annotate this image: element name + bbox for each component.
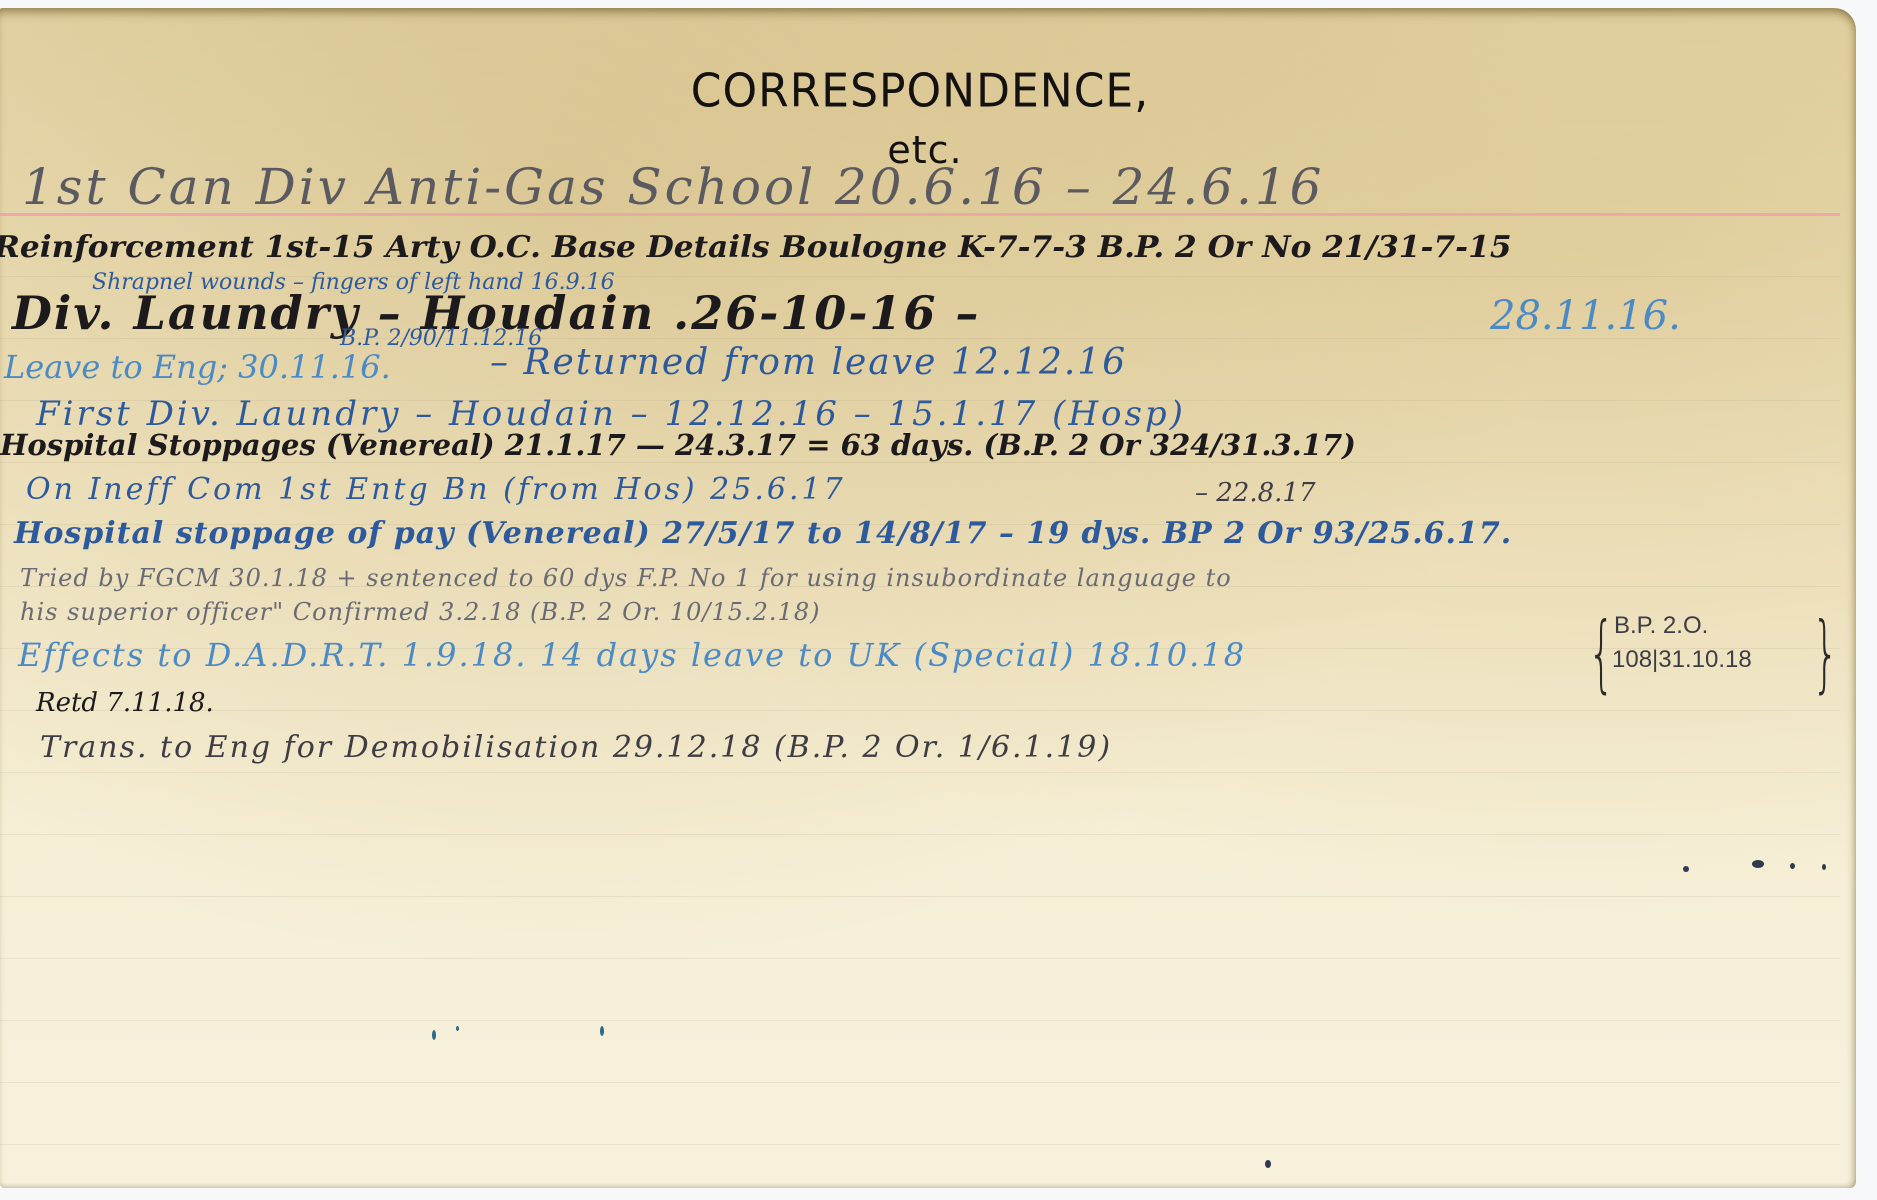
ruled-line	[0, 1144, 1840, 1145]
entry-ineff-com: On Ineff Com 1st Entg Bn (from Hos) 25.6…	[26, 472, 846, 507]
entry-ineff-com-end-date: – 22.8.17	[1195, 478, 1316, 508]
entry-retd: Retd 7.11.18.	[36, 688, 214, 718]
ink-speck	[600, 1026, 604, 1036]
ruled-line	[0, 462, 1840, 463]
ruled-line	[0, 1020, 1840, 1021]
ink-speck	[1683, 866, 1689, 872]
ink-speck	[456, 1026, 459, 1031]
entry-trans-demobilisation: Trans. to Eng for Demobilisation 29.12.1…	[40, 730, 1112, 765]
entry-reinforcement: Reinforcement 1st-15 Arty O.C. Base Deta…	[0, 230, 1512, 265]
brace-left: {	[1588, 604, 1615, 702]
card-heading: CORRESPONDENCE,	[0, 65, 1840, 119]
entry-hospital-stoppage-pay: Hospital stoppage of pay (Venereal) 27/5…	[14, 516, 1512, 551]
ruled-line	[0, 710, 1840, 711]
ink-speck	[432, 1030, 436, 1040]
brace-right: }	[1812, 604, 1839, 702]
ink-speck	[1752, 860, 1764, 868]
bp-bracket-line2: 108|31.10.18	[1612, 646, 1752, 674]
ruled-line	[0, 834, 1840, 835]
ink-speck	[1790, 863, 1795, 869]
ruled-line	[0, 896, 1840, 897]
entry-div-laundry-end-date: 28.11.16.	[1490, 293, 1681, 339]
bp-bracket-line1: B.P. 2.O.	[1614, 612, 1708, 640]
ruled-line	[0, 1082, 1840, 1083]
entry-anti-gas-school: 1st Can Div Anti-Gas School 20.6.16 – 24…	[22, 158, 1324, 216]
ruled-line	[0, 772, 1840, 773]
service-record-card: CORRESPONDENCE, etc. 1st Can Div Anti-Ga…	[0, 8, 1856, 1188]
ink-speck	[1822, 864, 1826, 870]
entry-leave-to-eng: Leave to Eng; 30.11.16.	[4, 348, 391, 386]
entry-tried-fgcm-continued: his superior officer" Confirmed 3.2.18 (…	[20, 598, 820, 626]
ink-speck	[1265, 1160, 1271, 1168]
entry-effects-leave-uk: Effects to D.A.D.R.T. 1.9.18. 14 days le…	[18, 636, 1246, 674]
ruled-line	[0, 958, 1840, 959]
entry-tried-fgcm: Tried by FGCM 30.1.18 + sentenced to 60 …	[20, 564, 1232, 592]
entry-hospital-stoppages: Hospital Stoppages (Venereal) 21.1.17 — …	[0, 428, 1356, 462]
entry-returned-from-leave: – Returned from leave 12.12.16	[490, 342, 1127, 383]
